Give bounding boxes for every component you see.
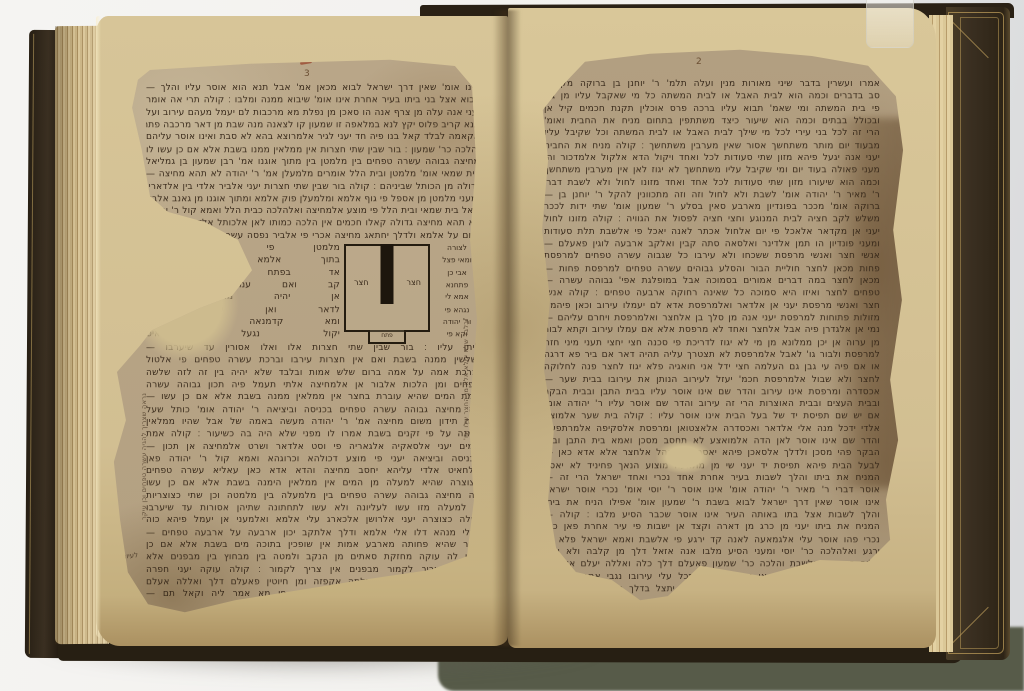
manuscript-text-line: נמי אן אלגדרן פיה אבל אלחצר ואחד לא מרפס… (544, 324, 880, 336)
manuscript-text-line: מעני פאולה בעוד יום ומי שקיבל עליו משתחש… (544, 164, 880, 176)
manuscript-text-line: הבקר פהי מסכן ולדלך אלסאכן פיהא יאסר עלי… (544, 447, 880, 459)
manuscript-text-line: יקום על אלמא ולדלך יחתאג מחיצה אכרי פי א… (146, 230, 480, 242)
margin-note-vertical-outer: נראה שצריך להגיה עשרה טפחים וכן עיקר (140, 393, 148, 520)
manuscript-text-line: אוסר דברי ר' מאיר ר' יהודה אומ' אינו אוס… (544, 485, 880, 497)
manuscript-text-line: זו למעלה מזו עשו לעליונה ולא עשו לתחתונה… (146, 502, 480, 514)
margin-note-bottom: לעיונין (120, 551, 139, 561)
manuscript-text-line: חצר שהיא פחותה מארבע אמות אין שופכין בתו… (146, 539, 480, 551)
manuscript-text-line: הדא באב אלקול פי אלחצרות ואלמבואות ומא י… (544, 583, 880, 595)
manuscript-text-line: ומעני מלמטן מן אספל פי גוף אלמא ומלמעלן … (146, 193, 480, 205)
manuscript-text-line: לדאר ואן עמלו עליו (146, 304, 340, 316)
manuscript-text-line: ושלשין ממנה בשבת ואם אין חצרות עירבו ובר… (146, 355, 480, 367)
manuscript-text-line: שמבחוץ צריך לקמור מבפנים אין צריך לקמור … (146, 564, 480, 576)
photo-backdrop: 3 אינו אומ' שאין דרך ישראל לבוא מכאן אמ'… (0, 0, 1024, 691)
manuscript-text-line: מזולות פתוחות למרפסת יעני אנה מן סלך בן … (544, 312, 880, 324)
manuscript-text-line: מן ערוה אן יכן ממלונא מן מי לא יגוז לדרי… (544, 337, 880, 349)
manuscript-text-line: גבה תידון משום מחיצה אמ' ר' יהודה מעשה ב… (146, 416, 480, 428)
manuscript-text-line: הרי זה לכל בני עירי לכל מי שילך לבית האב… (544, 127, 880, 139)
manuscript-text-line: פחות מכאן לחצר חוליית הבור והסלע גבוהים … (544, 263, 880, 275)
text-block-bottom: ליתן עליו ׃ בור שבין שתי חצרות אלו ואלו … (146, 342, 480, 601)
manuscript-text-line: וברכת אמה על אמה ברום שלש אמות ובלבד שלא… (146, 367, 480, 379)
gutter-shadow (493, 10, 521, 646)
manuscript-text-line: חצר ואנשי מרפסת יעני אן אלדאר ואלמרפסת א… (544, 300, 880, 312)
manuscript-text-line: לה מחיצה גבוהה עשרה טפחים בכניסה וביציאה… (146, 404, 480, 416)
text-column-left-of-diagram: מלמטן פי קאע אלבירבתוך אלמא אם מחוץאד בפ… (146, 242, 340, 341)
manuscript-text-line: יעני אנה עלה מן צרף אנה הו סאכן מן נפלת … (146, 107, 480, 119)
gold-tooling-corner-top (951, 21, 988, 58)
manuscript-text-line: ליתן עליו ׃ בור שבין שתי חצרות אלו ואלו … (146, 342, 480, 354)
manuscript-text-line: אלדי ידכל מנה אלי אלדאר ואכסדרה אלאצטואן… (544, 423, 880, 435)
manuscript-text-line: פי בית המשתה ומי שאמ' תבוא עליו ברכה פרס… (544, 103, 880, 115)
manuscript-text-line: והלך לשבות אצל בתו באותה העיר אינו אוסר … (544, 509, 880, 521)
manuscript-text-line: קאל בית שמאי ובית הלל פי מוצע אלמחיצה וא… (146, 205, 480, 217)
manuscript-text-line: אנשי חצר ואנשי מרפסת ששכחו ולא עירבו כל … (544, 250, 880, 262)
manuscript-text-line: אמא לי (434, 291, 480, 303)
diagram-label-right: חצר (407, 278, 422, 287)
manuscript-text-line: נגהא פי (434, 304, 480, 316)
manuscript-text-line: קולה כצוצרה יעני אלרושן אלכארג עלי אלמא … (146, 514, 480, 526)
manuscript-text-line: בית שמאי אומ' מלמטן ובית הלל אומרים מלמע… (146, 168, 480, 180)
manuscript-text-line: מלמטן פי קאע אלביר (146, 242, 340, 254)
manuscript-text-line: פתחנא (434, 279, 480, 291)
manuscript-text-line: המים יעני אלסאקיה אלגאריה פי וסט אלדאר ו… (146, 441, 480, 453)
manuscript-text-line: יקול נגעל אל חמים לך פתאויל בין לנא פי מ… (146, 588, 480, 600)
manuscript-text-line: טפחים ומן הלכות אלבור אן אלמחיצה אלתי תע… (146, 379, 480, 391)
manuscript-text-line: ברוקה אומ' מככר בפונדיון מארבע סאין בסלע… (544, 201, 880, 213)
manuscript-text-line: גדולה מן הכותל שביניהם ׃ קולה בור שבין ש… (146, 181, 480, 193)
manuscript-text-line: סב בדברים וכמה הוא לבית האבל או לבית המש… (544, 91, 880, 103)
text-wrap-zone: לצורהומאי פצלאבי כןפתחנאאמא לינגהא פיור'… (146, 242, 480, 342)
manuscript-text-line: המניח את ביתו והלך לשבות בעיר אחרת אחד נ… (544, 472, 880, 484)
folio-number-right: 2 (696, 57, 702, 67)
interleaf-tissue-tab (866, 0, 914, 48)
manuscript-text-line: כצוצרה שהיא למעלה מן המים אין ממלאין הימ… (146, 478, 480, 490)
parchment-leaf-left: 3 אינו אומ' שאין דרך ישראל לבוא מכאן אמ'… (110, 58, 498, 630)
page-right: 2 אמרו ועשרין בדבר שיני מאורות מנין ועלה… (508, 8, 936, 648)
manuscript-text-line: ור' יהודה (434, 316, 480, 328)
manuscript-text-line: אליה פי הדה אלשבת והלכה כר' שמעון פאעלם … (544, 558, 880, 570)
manuscript-text-line: ממנה על פי זקנים בשבת אמרו לו מפני שלא ה… (146, 428, 480, 440)
courtyard-diagram: חצר חצר פתח (344, 244, 430, 332)
manuscript-text-line: לצורה (434, 242, 480, 254)
gold-tooling-outer-frame (948, 12, 1004, 654)
manuscript-text-line: וכמה הוא שיעורו מזון שתי סעודות לכל אחד … (544, 177, 880, 189)
manuscript-text-line: אם יש שם תפיסת יד של בעל הבית אינו אוסר … (544, 411, 880, 423)
page-left: 3 אינו אומ' שאין דרך ישראל לבוא מכאן אמ'… (96, 16, 508, 646)
manuscript-text-line: למרפסת ולבור גו' לאבל אלמרפסת לא תצטרך ע… (544, 349, 880, 361)
manuscript-text-line: ירגע ואלהלכה כר' יוסי ומעני הסיע מלבו אנ… (544, 546, 880, 558)
margin-note-vertical-inner: ובלבד שלא ימלא אלא מן החצר שלו וכו' (462, 319, 470, 440)
manuscript-text-line: טפחים לחצר ואיזו היא סמוכה כל שאינה רחוק… (544, 288, 880, 300)
manuscript-text-line: תנא קריב פלוס יקץ לנא במלאפה זו שמעון קו… (146, 119, 480, 131)
manuscript-text-line: עשו לה עוקה מחזקת סאתים מן הנקב ולמטה בי… (146, 552, 480, 564)
manuscript-text-line: קב ואם עמלו גדר אן (146, 279, 340, 291)
folio-number-left: 3 (304, 69, 310, 79)
manuscript-text-line: בתוך אלמא אם מחוץ (146, 255, 340, 267)
gold-tooling-inner-frame (960, 17, 999, 649)
manuscript-text-line: מכאן לחצר במה דברים אמורים בסמוכה אבל במ… (544, 275, 880, 287)
red-ink-mark (300, 60, 312, 65)
manuscript-text-line: אמרו ועשרין בדבר שיני מאורות מנין ועלה ת… (544, 78, 880, 90)
manuscript-text-line: לבעל הבית פיהא תפיסת יד יעני שי מן מתאעה… (544, 460, 880, 472)
manuscript-text-line: המניח את ביתו יעני מן כרג מן דארה וקצד א… (544, 521, 880, 533)
manuscript-text-line: מחיצה גבוהה עשרה טפחים בין מלמטן בין מתו… (146, 156, 480, 168)
manuscript-text-line: וקאל אנה גאיז ללאנסאן אן יעמל כדלך ויתכל… (544, 571, 880, 583)
text-block-top: אינו אומ' שאין דרך ישראל לבוא מכאן אמ' א… (146, 82, 480, 242)
manuscript-text-line: לחצר ולא שבול אלמרפסת חכמ' יעזל לעירוב ה… (544, 374, 880, 386)
manuscript-text-line: ומאי פצל (434, 255, 480, 267)
manuscript-text-line: ומא קדמנאה פי מא (146, 316, 340, 328)
manuscript-text-line: וקא פי (434, 328, 480, 340)
manuscript-text-line: אמת המים שהיא עוברת בחצר אין ממלאין ממנה… (146, 391, 480, 403)
manuscript-text-line: אן יהיה מונקס פוקה (146, 291, 340, 303)
manuscript-text-line: בכניסה וביציאה יעני פי מוצע דכולהא וכרוג… (146, 453, 480, 465)
manuscript-text-line: אכסדרה ומרפסת אינו עירוב והדר שם אינו או… (544, 386, 880, 398)
manuscript-text-line: ובבית העצים ובבית האוצרות הרי זה עירוב ו… (544, 398, 880, 410)
text-block-full: אמרו ועשרין בדבר שיני מאורות מנין ועלה ת… (544, 78, 880, 595)
manuscript-text-line: אד בפתח אלחצר עשר (146, 267, 340, 279)
manuscript-text-line: לא תהא מחיצה גדולה קאלו חכמים אין הלכה כ… (146, 218, 480, 230)
manuscript-text-line: משלש לקב חציה לבית המנוגע וחצי חציה לפסו… (544, 214, 880, 226)
parchment-leaf-right: 2 אמרו ועשרין בדבר שיני מאורות מנין ועלה… (528, 48, 908, 622)
manuscript-text-line: אקאמה לבלד קאל בנו פיה חד יעני לגיר אלמר… (146, 131, 480, 143)
manuscript-text-line: ומעני פונדיון הו תמן אלדינר ואלסאה סתה ק… (544, 238, 880, 250)
diagram-label-left: חצר (354, 278, 369, 287)
manuscript-text-line: אינו אוסר שאין דרך ישראל לבוא בשבת ר' שמ… (544, 497, 880, 509)
manuscript-text-line: לבוא אצל בני ביתו בעיר אחרת אינו אומ' שי… (146, 95, 480, 107)
gold-tooling-corner-bottom (951, 607, 988, 644)
manuscript-text-line: ובכולל בבתים וכמה הוא שיעור כיצד משתתפין… (544, 115, 880, 127)
manuscript-text-line: יעני אן מקדאר אלאכל פי יום אלחול אכתר לא… (544, 226, 880, 238)
manuscript-text-line: אלחאיט אלדי עליהא יחסב מחיצה והדא אדא כא… (146, 465, 480, 477)
manuscript-text-line: והלכה כר' שמעון ׃ בור שבין שתי חצרות אין… (146, 144, 480, 156)
manuscript-text-line: יקול נגעל אלחאיט (146, 328, 340, 340)
manuscript-text-line: ר' מאיר ר' יהודה אומ' לשבת ולא לחול וזה … (544, 189, 880, 201)
book-cover-right (946, 7, 1010, 660)
manuscript-text-line: אינו אומ' שאין דרך ישראל לבוא מכאן אמ' א… (146, 82, 480, 94)
text-column-right-of-diagram: לצורהומאי פצלאבי כןפתחנאאמא לינגהא פיור'… (434, 242, 480, 341)
manuscript-text-line: אבי כן (434, 267, 480, 279)
diagram-wall-bar (381, 244, 394, 304)
manuscript-text-line: תסע סאתין והי מקדאר תלתה אקפזה ומן חיוטי… (146, 576, 480, 588)
manuscript-text-line: או אם פיה עי גבן גם העלמה חצי ידל אני חו… (544, 361, 880, 373)
manuscript-text-line: וידלי מנהא דלו אלי אלמא ודלך אלתקב יכון … (146, 527, 480, 539)
manuscript-text-line: נכרי פהו אוסר עלי אלגמאעה לאנה קד ירגע פ… (544, 534, 880, 546)
manuscript-text-line: לה מחיצה גבוהה עשרה טפחים בין מלמעלה בין… (146, 490, 480, 502)
manuscript-text-line: יעני אנה יגעל פיהא מזון שתי סעודות לכל ו… (544, 152, 880, 164)
manuscript-text-line: והדר שם אינו אוסר לאן הדה אלמואצע לא תחס… (544, 435, 880, 447)
manuscript-text-line: מבעוד יום מותר משתחשך אסור שאין מערבין מ… (544, 140, 880, 152)
